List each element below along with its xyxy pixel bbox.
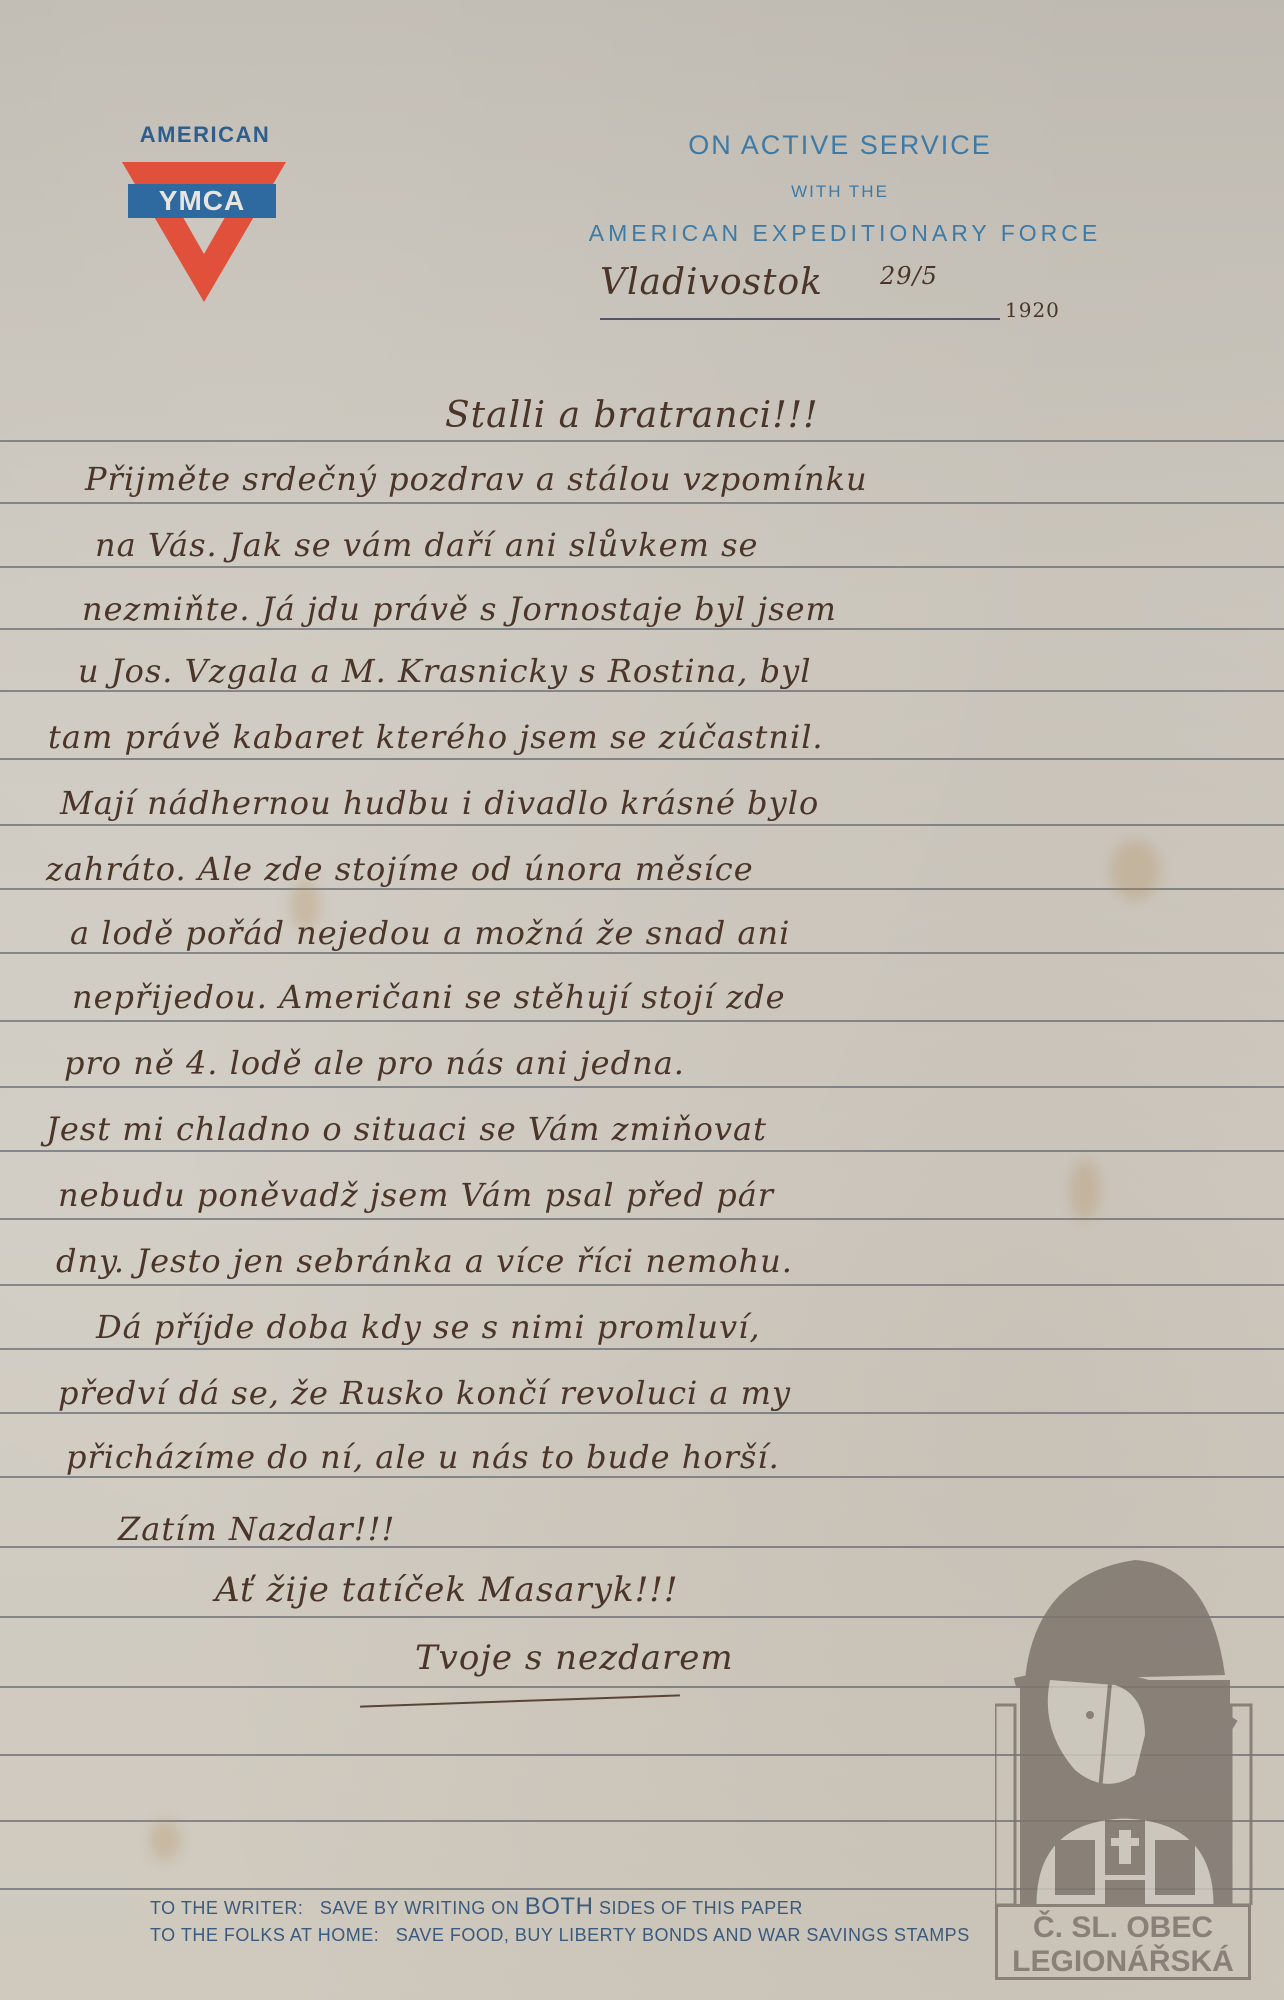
ruled-line (0, 1476, 1284, 1478)
ruled-line (0, 502, 1284, 504)
stamp-line-1: Č. SL. OBEC (998, 1911, 1248, 1945)
letter-greeting: Stalli a bratranci!!! (445, 395, 819, 436)
stamp-label: Č. SL. OBEC LEGIONÁŘSKÁ (995, 1904, 1251, 1980)
logo-american-text: AMERICAN (120, 122, 290, 148)
dateline-date: 29/5 (880, 262, 938, 290)
letter-line: pro ně 4. lodě ale pro nás ani jedna. (64, 1044, 685, 1082)
letter-line: předví dá se, že Rusko končí revoluci a … (58, 1374, 791, 1412)
footer-writer-text-b: SIDES OF THIS PAPER (599, 1898, 803, 1918)
letter-line: u Jos. Vzgala a M. Krasnicky s Rostina, … (78, 652, 811, 690)
signature-underline (360, 1694, 680, 1707)
footer-home-prefix: TO THE FOLKS AT HOME: (150, 1925, 379, 1945)
letter-line: a lodě pořád nejedou a možná že snad ani (70, 914, 790, 952)
paper-stain (1110, 840, 1160, 900)
letter-line: nezmiňte. Já jdu právě s Jornostaje byl … (82, 590, 837, 628)
letter-line: přicházíme do ní, ale u nás to bude horš… (66, 1438, 780, 1476)
dateline-underline (600, 318, 1000, 320)
footer-writer-text-a: SAVE BY WRITING ON (320, 1898, 519, 1918)
ruled-line (0, 824, 1284, 826)
logo-ymca-bar: YMCA (128, 184, 276, 218)
ruled-line (0, 1412, 1284, 1414)
letter-signature: Tvoje s nezdarem (415, 1638, 734, 1678)
ruled-line (0, 952, 1284, 954)
soldier-emblem-icon (995, 1555, 1255, 1905)
letter-line: nepřijedou. Američani se stěhují stojí z… (72, 978, 786, 1016)
paper-stain (150, 1820, 180, 1860)
letter-line: Mají nádhernou hudbu i divadlo krásné by… (60, 784, 819, 822)
letterhead-subtitle: WITH THE (740, 182, 940, 202)
letter-line: nebudu poněvadž jsem Vám psal před pár (58, 1176, 774, 1214)
footer-writer-prefix: TO THE WRITER: (150, 1898, 303, 1918)
paper-stain (1070, 1160, 1100, 1220)
letter-line: Přijměte srdečný pozdrav a stálou vzpomí… (85, 460, 868, 498)
dateline-place: Vladivostok (600, 262, 823, 303)
ruled-line (0, 1020, 1284, 1022)
ruled-line (0, 628, 1284, 630)
letter-line: na Vás. Jak se vám daří ani slůvkem se (95, 526, 758, 564)
footer-home-note: TO THE FOLKS AT HOME: SAVE FOOD, BUY LIB… (150, 1925, 970, 1946)
letter-page: AMERICAN YMCA ON ACTIVE SERVICE WITH THE… (0, 0, 1284, 2000)
ruled-line (0, 440, 1284, 442)
ruled-line (0, 888, 1284, 890)
stamp-line-2: LEGIONÁŘSKÁ (998, 1945, 1248, 1979)
letterhead-organization: AMERICAN EXPEDITIONARY FORCE (505, 220, 1185, 247)
letter-line: tam právě kabaret kterého jsem se zúčast… (48, 718, 824, 756)
ruled-line (0, 1086, 1284, 1088)
footer-writer-emphasis: BOTH (525, 1893, 594, 1920)
letter-line: Dá příjde doba kdy se s nimi promluví, (96, 1308, 760, 1346)
letterhead-title: ON ACTIVE SERVICE (620, 130, 1060, 161)
letter-closing: Zatím Nazdar!!! (118, 1510, 395, 1548)
ruled-line (0, 758, 1284, 760)
legion-stamp: Č. SL. OBEC LEGIONÁŘSKÁ (995, 1555, 1255, 1980)
letter-line: Jest mi chladno o situaci se Vám zmiňova… (46, 1110, 767, 1148)
letter-line: dny. Jesto jen sebránka a více říci nemo… (56, 1242, 793, 1280)
ruled-line (0, 690, 1284, 692)
ymca-triangle-icon: YMCA (120, 156, 290, 306)
footer-writer-note: TO THE WRITER: SAVE BY WRITING ON BOTH S… (150, 1893, 803, 1921)
footer-home-text: SAVE FOOD, BUY LIBERTY BONDS AND WAR SAV… (396, 1925, 970, 1945)
ruled-line (0, 566, 1284, 568)
ruled-line (0, 1150, 1284, 1152)
ruled-line (0, 1284, 1284, 1286)
dateline-year: 1920 (1005, 298, 1060, 322)
ruled-line (0, 1218, 1284, 1220)
ymca-logo: AMERICAN YMCA (120, 122, 290, 306)
ruled-line (0, 1348, 1284, 1350)
letter-line: zahráto. Ale zde stojíme od února měsíce (46, 850, 754, 888)
letter-salute: Ať žije tatíček Masaryk!!! (215, 1570, 679, 1610)
